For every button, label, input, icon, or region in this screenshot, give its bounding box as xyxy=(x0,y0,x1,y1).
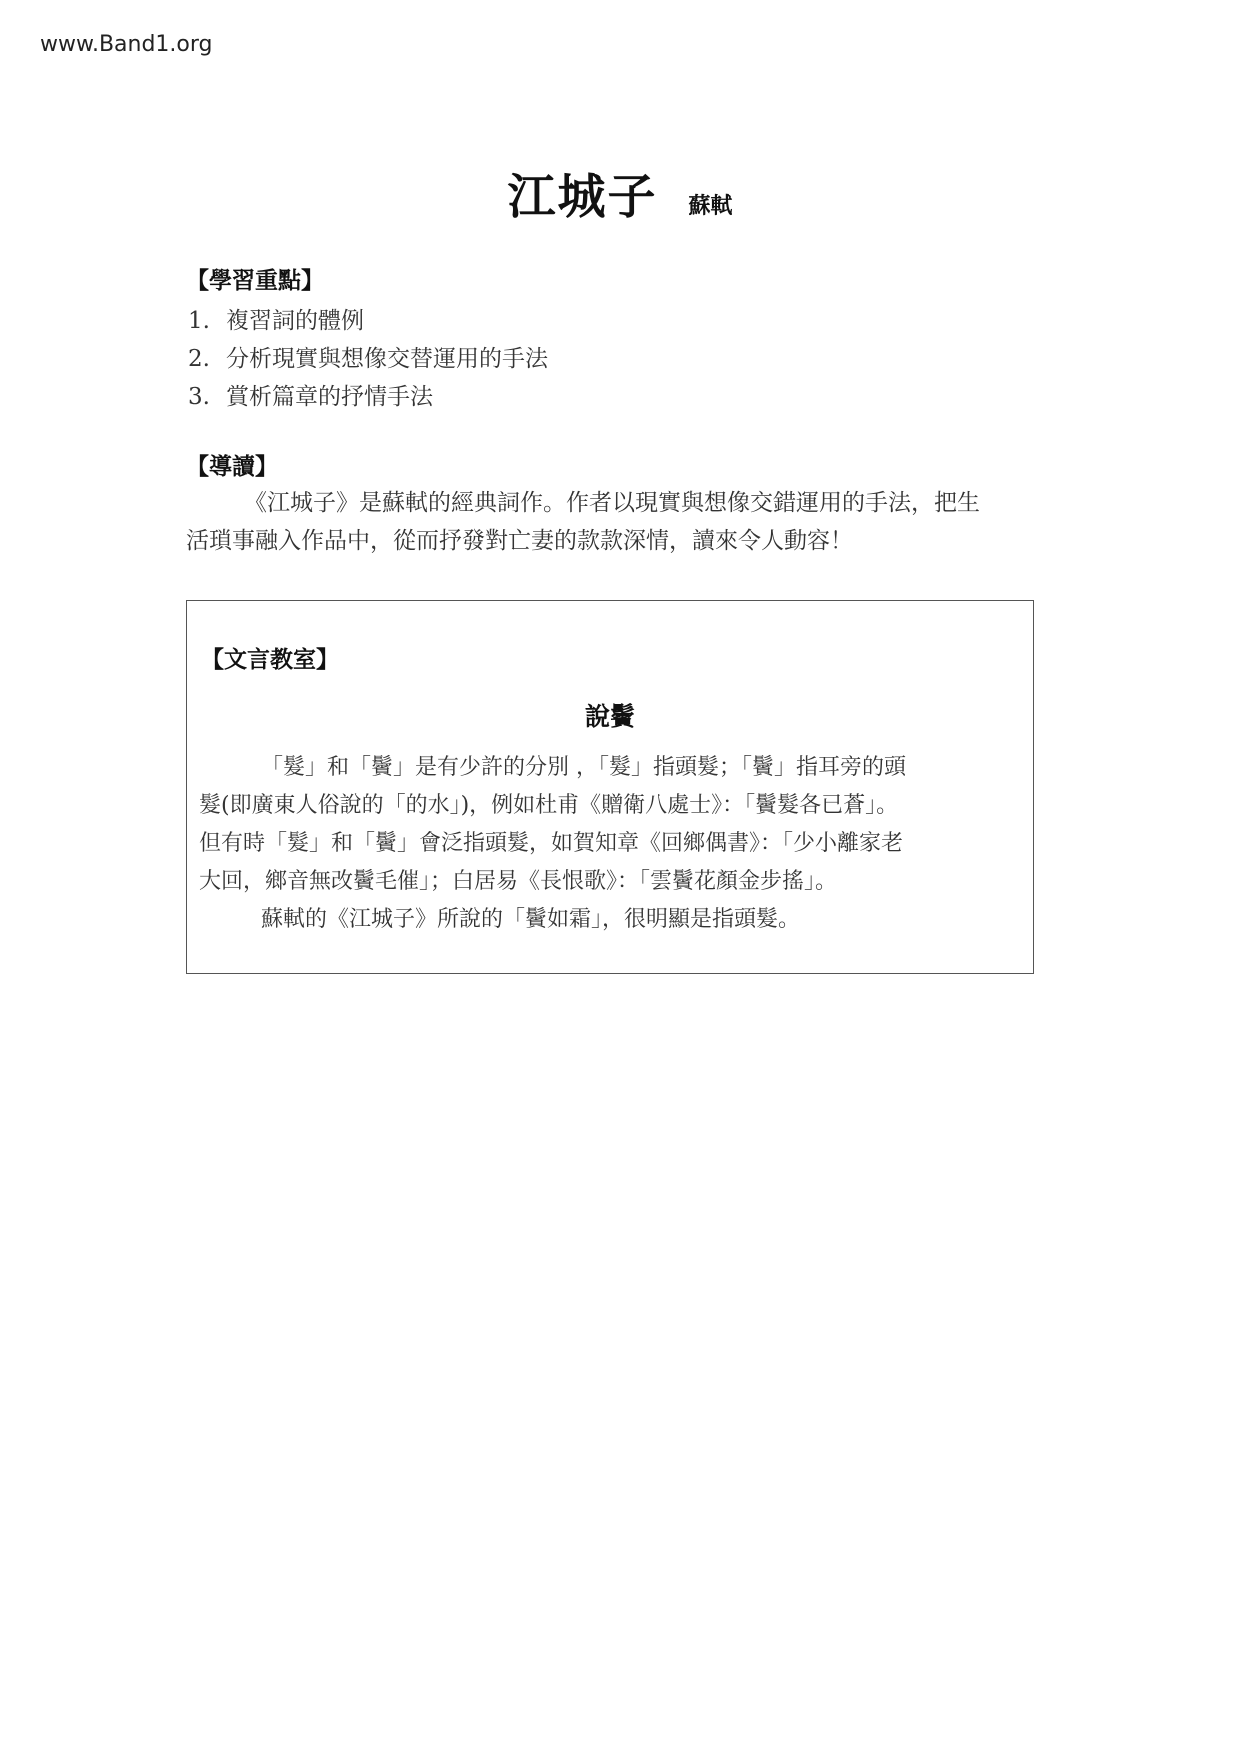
guide-heading: 【導讀】 xyxy=(186,448,278,481)
list-item: 3.賞析篇章的抒情手法 xyxy=(188,378,548,416)
item-text: 分析現實與想像交替運用的手法 xyxy=(226,346,548,372)
item-number: 1. xyxy=(188,302,226,340)
title-row: 江城子 蘇軾 xyxy=(0,158,1240,227)
item-text: 賞析篇章的抒情手法 xyxy=(226,384,433,410)
classroom-body: 「髮」和「鬢」是有少許的分別 ，「髮」指頭髮；「鬢」指耳旁的頭 髮(即廣東人俗說… xyxy=(199,749,1023,939)
author-name: 蘇軾 xyxy=(689,193,733,219)
body-line: 但有時「髮」和「鬢」會泛指頭髮，如賀知章《回鄉偶書》：「少小離家老 xyxy=(199,825,1023,863)
item-number: 2. xyxy=(188,340,226,378)
learning-points-list: 1.複習詞的體例 2.分析現實與想像交替運用的手法 3.賞析篇章的抒情手法 xyxy=(188,302,548,416)
item-text: 複習詞的體例 xyxy=(226,308,364,334)
guide-line: 活瑣事融入作品中，從而抒發對亡妻的款款深情，讀來令人動容！ xyxy=(186,522,1046,560)
item-number: 3. xyxy=(188,378,226,416)
learning-points-heading: 【學習重點】 xyxy=(186,262,324,295)
classroom-box: 【文言教室】 說鬢 「髮」和「鬢」是有少許的分別 ，「髮」指頭髮；「鬢」指耳旁的… xyxy=(186,600,1034,974)
body-line: 蘇軾的《江城子》所說的「鬢如霜」，很明顯是指頭髮。 xyxy=(199,901,1023,939)
page-title: 江城子 xyxy=(507,169,657,225)
classroom-heading: 【文言教室】 xyxy=(201,641,339,674)
guide-paragraph: 《江城子》是蘇軾的經典詞作。作者以現實與想像交錯運用的手法，把生 活瑣事融入作品… xyxy=(186,484,1046,560)
classroom-title: 說鬢 xyxy=(187,697,1033,733)
list-item: 2.分析現實與想像交替運用的手法 xyxy=(188,340,548,378)
watermark-url: www.Band1.org xyxy=(40,32,213,57)
guide-line: 《江城子》是蘇軾的經典詞作。作者以現實與想像交錯運用的手法，把生 xyxy=(186,484,1046,522)
body-line: 「髮」和「鬢」是有少許的分別 ，「髮」指頭髮；「鬢」指耳旁的頭 xyxy=(199,749,1023,787)
body-line: 髮(即廣東人俗說的「的水」)，例如杜甫《贈衛八處士》：「鬢髮各已蒼」。 xyxy=(199,787,1023,825)
list-item: 1.複習詞的體例 xyxy=(188,302,548,340)
body-line: 大回，鄉音無改鬢毛催」；白居易《長恨歌》：「雲鬢花顏金步搖」。 xyxy=(199,863,1023,901)
